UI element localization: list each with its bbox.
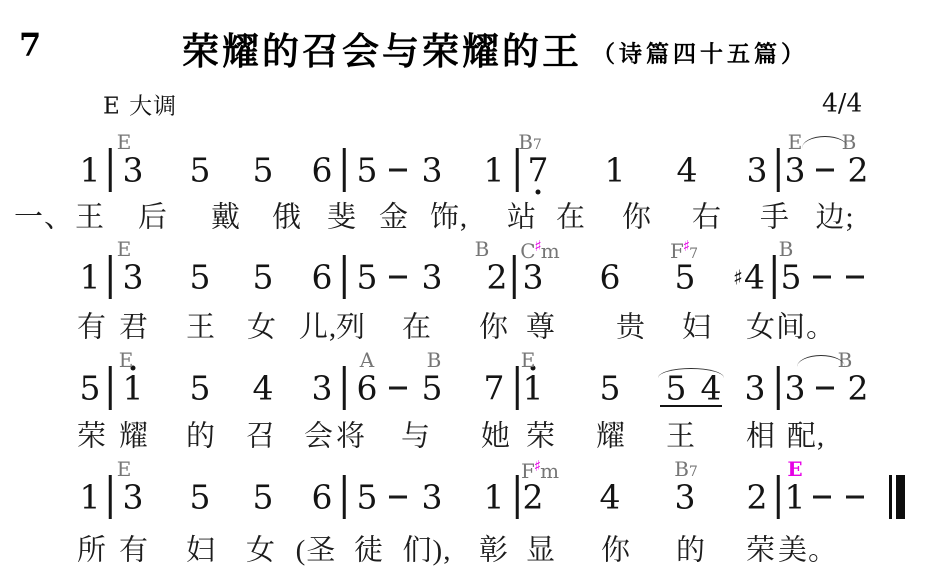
- note: 1: [605, 154, 626, 187]
- note: 3: [123, 261, 144, 294]
- chord-text: F: [521, 459, 535, 483]
- continuation-dash: [389, 276, 407, 279]
- bar-line: [516, 475, 519, 519]
- note: 5: [190, 154, 211, 187]
- final-barline: [889, 475, 905, 519]
- note: 3: [745, 372, 766, 405]
- bar-line: [343, 475, 346, 519]
- note: 1: [80, 481, 101, 514]
- lyric-syllable: 斐: [327, 204, 357, 233]
- chord-text: E: [117, 237, 132, 261]
- note: 5: [190, 372, 211, 405]
- chord-sharp: ♯: [683, 237, 690, 255]
- chord-label: E: [119, 350, 134, 370]
- note: 5: [357, 154, 378, 187]
- lyric-syllable: 所: [77, 537, 107, 566]
- continuation-dash: [846, 276, 864, 279]
- note: 2: [747, 481, 768, 514]
- chord-text: E: [787, 457, 802, 481]
- chord-text: m: [540, 459, 559, 483]
- lyric-syllable: 相: [746, 423, 776, 452]
- continuation-dash: [846, 496, 864, 499]
- music-line-2: 13556532365♯45EBC♯mF♯7B有君王女儿,列在你尊贵妇女间。: [0, 0, 946, 587]
- chord-label: B: [779, 239, 794, 259]
- lyric-syllable: 荣: [77, 423, 107, 452]
- bar-line: [109, 475, 112, 519]
- lyric-syllable: 站: [507, 204, 537, 233]
- note: 2: [848, 154, 869, 187]
- note: 1: [80, 154, 101, 187]
- note: 5: [80, 372, 101, 405]
- lyric-syllable: 边;: [815, 204, 854, 233]
- lyric-syllable: 妇: [186, 537, 216, 566]
- note: 3: [123, 154, 144, 187]
- lyric-syllable: 的: [186, 423, 216, 452]
- chord-label: F♯7: [670, 239, 698, 261]
- note: 1: [523, 372, 544, 405]
- lyric-syllable: 儿,: [299, 314, 337, 343]
- bar-line: [109, 366, 112, 410]
- chord-text: E: [119, 348, 134, 372]
- sharp-accidental: ♯: [733, 266, 743, 290]
- bar-line: [777, 366, 780, 410]
- chord-label: B: [838, 350, 853, 370]
- note: 2: [848, 372, 869, 405]
- chord-label: C♯m: [520, 239, 560, 261]
- note: 3: [747, 154, 768, 187]
- chord-label: A: [360, 350, 374, 370]
- lyric-syllable: 金: [379, 204, 409, 233]
- note: 1: [785, 481, 806, 514]
- chord-label: E: [117, 132, 132, 152]
- note: 4: [701, 372, 722, 405]
- note: 6: [600, 261, 621, 294]
- continuation-dash: [389, 496, 407, 499]
- chord-text: A: [360, 348, 374, 372]
- lyric-syllable: 女: [746, 314, 776, 343]
- chord-text: B: [427, 348, 442, 372]
- chord-text: B: [518, 130, 533, 154]
- bar-line: [109, 148, 112, 192]
- note: 5: [422, 372, 443, 405]
- lyric-syllable: 在: [402, 314, 432, 343]
- bar-line: [109, 255, 112, 299]
- note: 1: [80, 261, 101, 294]
- chord-text: m: [541, 239, 560, 263]
- chord-label: B: [475, 239, 490, 259]
- lyric-syllable: 她: [481, 423, 511, 452]
- chord-sharp: ♯: [535, 237, 542, 255]
- note: 6: [312, 154, 333, 187]
- octave-dot-below: [536, 190, 541, 195]
- bar-line: [513, 255, 516, 299]
- lyric-syllable: 荣: [526, 423, 556, 452]
- bar-line: [343, 148, 346, 192]
- bar-line: [516, 366, 519, 410]
- note: 3: [523, 261, 544, 294]
- note: 5: [781, 261, 802, 294]
- beam-underline: [660, 405, 722, 407]
- note: 3: [785, 372, 806, 405]
- music-notation-area: 13556531714332EB7EB一、王后戴俄斐金饰,站在你右手边;1355…: [0, 0, 946, 587]
- lyric-syllable: 王: [186, 314, 216, 343]
- chord-text: 7: [689, 246, 698, 262]
- bar-line: [343, 366, 346, 410]
- note: 5: [675, 261, 696, 294]
- bar-line: [343, 255, 346, 299]
- note: 3: [123, 481, 144, 514]
- bar-line: [773, 255, 776, 299]
- note: 5: [357, 481, 378, 514]
- note: 5: [190, 261, 211, 294]
- lyric-syllable: 显: [526, 537, 556, 566]
- lyric-syllable: 俄: [272, 204, 302, 233]
- chord-text: F: [670, 239, 684, 263]
- lyric-syllable: 有: [77, 314, 107, 343]
- continuation-dash: [389, 387, 407, 390]
- lyric-syllable: 戴: [211, 204, 241, 233]
- lyric-syllable: 君: [119, 314, 149, 343]
- note: 5: [357, 261, 378, 294]
- note: 6: [312, 261, 333, 294]
- continuation-dash: [816, 387, 834, 390]
- lyric-syllable: (圣: [296, 537, 337, 566]
- chord-label: B7: [518, 132, 542, 152]
- chord-text: E: [521, 348, 536, 372]
- chord-text: C: [520, 239, 535, 263]
- note: 5: [253, 481, 274, 514]
- note: 5: [666, 372, 687, 405]
- lyric-syllable: 你: [601, 537, 631, 566]
- note: 4: [600, 481, 621, 514]
- chord-label: E: [787, 459, 802, 479]
- note: 7: [484, 372, 505, 405]
- note: 7: [528, 154, 549, 187]
- slur-arc: [802, 136, 848, 148]
- note: 5: [600, 372, 621, 405]
- chord-label: B7: [674, 459, 698, 479]
- chord-text: 7: [533, 137, 542, 153]
- lyric-syllable: 尊: [526, 314, 556, 343]
- lyric-syllable: 你: [622, 204, 652, 233]
- note: 3: [312, 372, 333, 405]
- chord-label: E: [117, 459, 132, 479]
- note: 6: [312, 481, 333, 514]
- chord-text: E: [788, 130, 803, 154]
- note: 1: [123, 372, 144, 405]
- music-line-1: 13556531714332EB7EB一、王后戴俄斐金饰,站在你右手边;: [0, 0, 946, 587]
- bar-line: [777, 475, 780, 519]
- lyric-syllable: 美。: [778, 537, 838, 566]
- chord-label: B: [842, 132, 857, 152]
- note: 5: [190, 481, 211, 514]
- note: 5: [253, 261, 274, 294]
- lyric-syllable: 在: [556, 204, 586, 233]
- note: 5: [253, 154, 274, 187]
- chord-label: E: [521, 350, 536, 370]
- note: 3: [785, 154, 806, 187]
- continuation-dash: [816, 169, 834, 172]
- lyric-syllable: 与: [401, 423, 431, 452]
- chord-text: B: [838, 348, 853, 372]
- chord-text: B: [674, 457, 689, 481]
- lyric-syllable: 饰,: [430, 204, 468, 233]
- lyric-syllable: 妇: [682, 314, 712, 343]
- note: 1: [484, 154, 505, 187]
- lyric-syllable: 荣: [746, 537, 776, 566]
- lyric-syllable: 召: [246, 423, 276, 452]
- lyric-syllable: 王: [666, 423, 696, 452]
- chord-label: E: [117, 239, 132, 259]
- chord-text: E: [117, 457, 132, 481]
- note: 4: [253, 372, 274, 405]
- lyric-syllable: 一、: [14, 204, 74, 233]
- note: 2: [523, 481, 544, 514]
- hymn-sheet-page: 7 荣耀的召会与荣耀的王 （诗篇四十五篇） E 大调 4/4 135565317…: [0, 0, 946, 587]
- lyric-syllable: 会: [304, 423, 334, 452]
- note: 3: [422, 261, 443, 294]
- lyric-syllable: 将: [336, 423, 366, 452]
- lyric-syllable: 手: [760, 204, 790, 233]
- lyric-syllable: 配,: [787, 423, 825, 452]
- slur-arc: [797, 355, 845, 367]
- bar-line: [777, 148, 780, 192]
- chord-text: B: [475, 237, 490, 261]
- note: 1: [484, 481, 505, 514]
- chord-text: E: [117, 130, 132, 154]
- lyric-syllable: 王: [75, 204, 105, 233]
- continuation-dash: [813, 276, 831, 279]
- lyric-syllable: 的: [676, 537, 706, 566]
- lyric-syllable: 有: [119, 537, 149, 566]
- note: ♯4: [733, 261, 765, 294]
- chord-label: E: [788, 132, 803, 152]
- lyric-syllable: 右: [692, 204, 722, 233]
- lyric-syllable: 们),: [403, 537, 452, 566]
- lyric-syllable: 耀: [119, 423, 149, 452]
- continuation-dash: [813, 496, 831, 499]
- octave-dot-above: [131, 366, 136, 371]
- chord-text: B: [779, 237, 794, 261]
- chord-label: F♯m: [521, 459, 559, 481]
- chord-sharp: ♯: [534, 457, 541, 475]
- lyric-syllable: 你: [479, 314, 509, 343]
- final-thick-line: [896, 475, 905, 519]
- lyric-syllable: 耀: [596, 423, 626, 452]
- slur-arc: [658, 368, 724, 378]
- music-line-3: 515436571554332EABEB荣耀的召会将与她荣耀王相配,: [0, 0, 946, 587]
- lyric-syllable: 女: [247, 314, 277, 343]
- octave-dot-above: [531, 366, 536, 371]
- lyric-syllable: 女: [246, 537, 276, 566]
- lyric-syllable: 彰: [479, 537, 509, 566]
- note: 4: [677, 154, 698, 187]
- lyric-syllable: 徒: [354, 537, 384, 566]
- chord-label: B: [427, 350, 442, 370]
- chord-text: 7: [689, 464, 698, 480]
- bar-line: [516, 148, 519, 192]
- lyric-syllable: 后: [138, 204, 168, 233]
- final-thin-line: [889, 475, 892, 519]
- note: 3: [422, 481, 443, 514]
- note: 3: [675, 481, 696, 514]
- music-line-4: 1355653124321EF♯mB7E所有妇女(圣徒们),彰显你的荣美。: [0, 0, 946, 587]
- lyric-syllable: 列: [336, 314, 366, 343]
- note: 3: [422, 154, 443, 187]
- chord-text: B: [842, 130, 857, 154]
- note: 6: [357, 372, 378, 405]
- lyric-syllable: 贵: [616, 314, 646, 343]
- lyric-syllable: 间。: [776, 314, 836, 343]
- continuation-dash: [389, 169, 407, 172]
- note: 2: [487, 261, 508, 294]
